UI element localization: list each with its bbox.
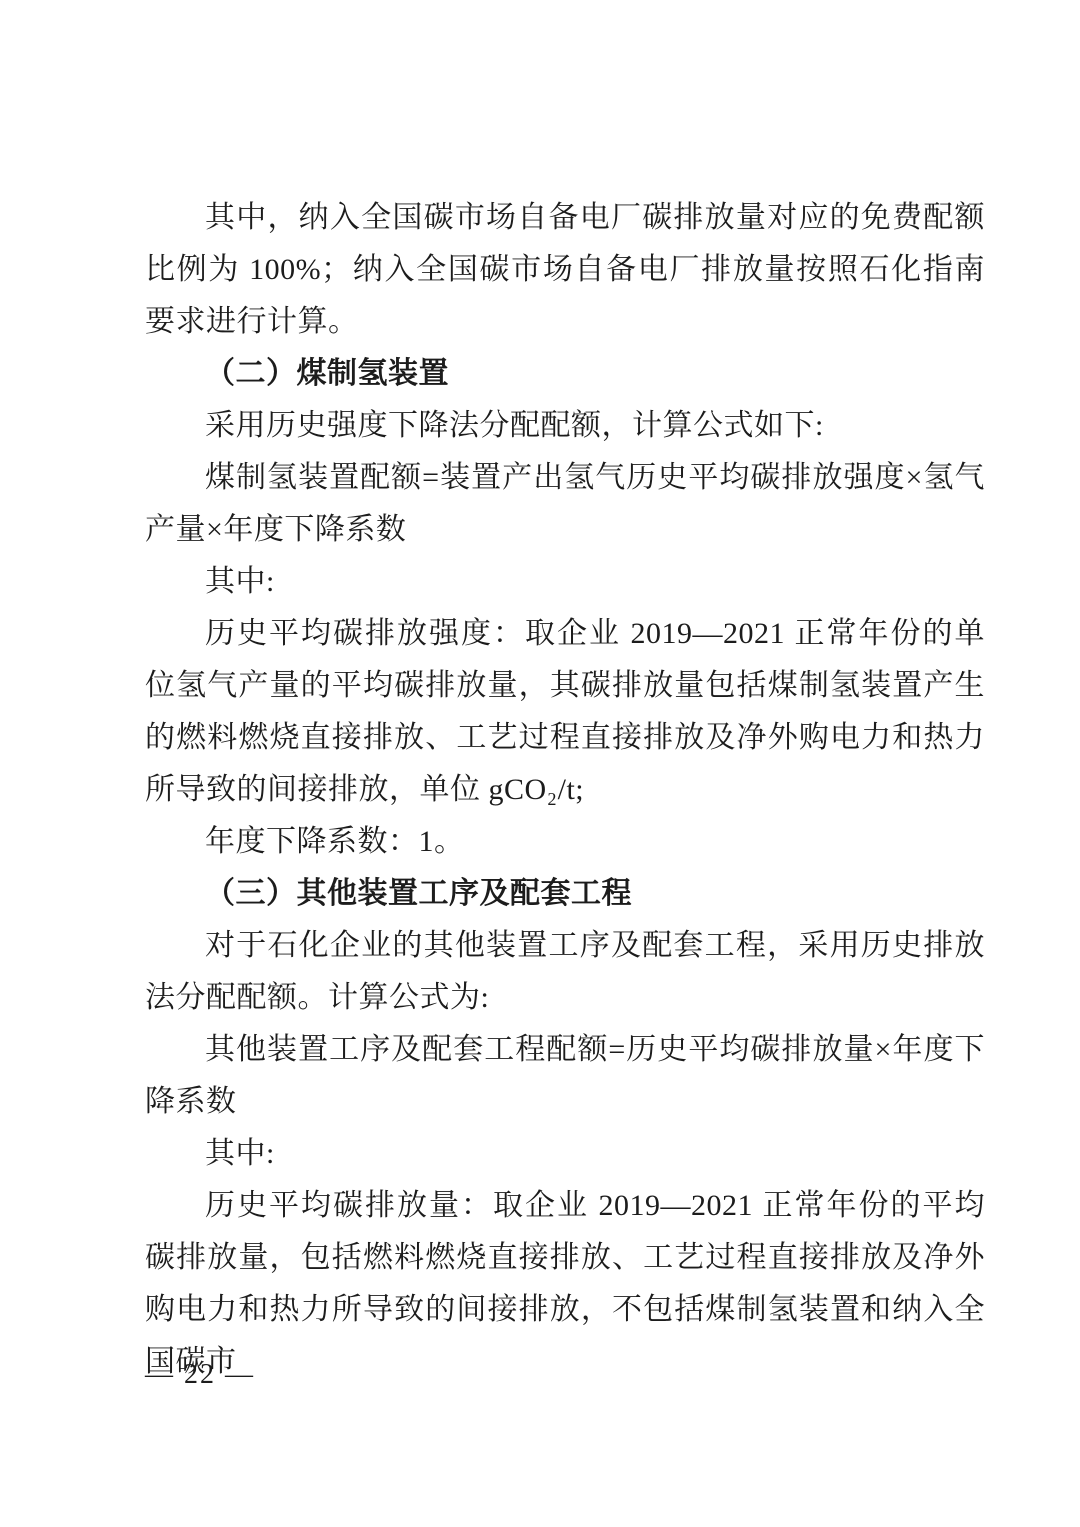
paragraph: 历史平均碳排放量：取企业 2019—2021 正常年份的平均碳排放量，包括燃料燃… bbox=[145, 1180, 985, 1388]
paragraph: 对于石化企业的其他装置工序及配套工程，采用历史排放法分配配额。计算公式为: bbox=[145, 920, 985, 1024]
paragraph: 其他装置工序及配套工程配额=历史平均碳排放量×年度下降系数 bbox=[145, 1024, 985, 1128]
document-page: 其中，纳入全国碳市场自备电厂碳排放量对应的免费配额比例为 100%；纳入全国碳市… bbox=[0, 0, 1080, 1527]
document-body: 其中，纳入全国碳市场自备电厂碳排放量对应的免费配额比例为 100%；纳入全国碳市… bbox=[145, 192, 985, 1388]
paragraph: 其中: bbox=[145, 556, 985, 608]
paragraph: 煤制氢装置配额=装置产出氢气历史平均碳排放强度×氢气产量×年度下降系数 bbox=[145, 452, 985, 556]
paragraph: 历史平均碳排放强度：取企业 2019—2021 正常年份的单位氢气产量的平均碳排… bbox=[145, 608, 985, 816]
page-number: — 22 — bbox=[145, 1358, 255, 1392]
section-heading: （三）其他装置工序及配套工程 bbox=[145, 868, 985, 920]
paragraph: 采用历史强度下降法分配配额，计算公式如下: bbox=[145, 400, 985, 452]
paragraph: 其中: bbox=[145, 1128, 985, 1180]
paragraph: 其中，纳入全国碳市场自备电厂碳排放量对应的免费配额比例为 100%；纳入全国碳市… bbox=[145, 192, 985, 348]
section-heading: （二）煤制氢装置 bbox=[145, 348, 985, 400]
paragraph: 年度下降系数：1。 bbox=[145, 816, 985, 868]
